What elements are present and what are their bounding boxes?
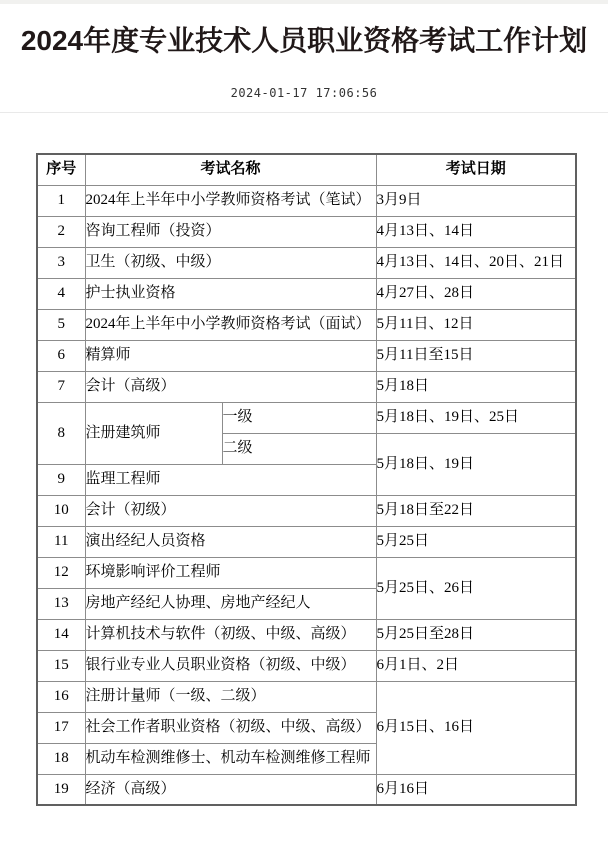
row-index-cell: 16 xyxy=(37,681,85,712)
row-index-cell: 6 xyxy=(37,340,85,371)
header-exam-name: 考试名称 xyxy=(85,154,376,185)
exam-date-cell: 5月18日、19日、25日 xyxy=(376,402,576,433)
table-row: 5 2024年上半年中小学教师资格考试（面试） 5月11日、12日 xyxy=(37,309,576,340)
section-divider xyxy=(0,112,608,113)
exam-date-cell: 4月13日、14日、20日、21日 xyxy=(376,247,576,278)
exam-name-cell: 演出经纪人员资格 xyxy=(85,526,376,557)
row-index-cell: 3 xyxy=(37,247,85,278)
exam-name-cell: 2024年上半年中小学教师资格考试（面试） xyxy=(85,309,376,340)
top-strip xyxy=(0,0,608,4)
exam-name-cell: 注册建筑师 xyxy=(85,402,222,464)
row-index-cell: 7 xyxy=(37,371,85,402)
document-page: 2024年度专业技术人员职业资格考试工作计划 2024-01-17 17:06:… xyxy=(0,0,608,806)
row-index-cell: 1 xyxy=(37,185,85,216)
table-row: 1 2024年上半年中小学教师资格考试（笔试） 3月9日 xyxy=(37,185,576,216)
exam-date-cell: 4月13日、14日 xyxy=(376,216,576,247)
table-row: 6 精算师 5月11日至15日 xyxy=(37,340,576,371)
exam-date-cell: 3月9日 xyxy=(376,185,576,216)
exam-date-cell: 5月25日 xyxy=(376,526,576,557)
exam-date-cell: 6月15日、16日 xyxy=(376,681,576,774)
row-index-cell: 13 xyxy=(37,588,85,619)
exam-name-cell: 护士执业资格 xyxy=(85,278,376,309)
exam-name-cell: 咨询工程师（投资） xyxy=(85,216,376,247)
table-row: 14 计算机技术与软件（初级、中级、高级） 5月25日至28日 xyxy=(37,619,576,650)
table-row: 12 环境影响评价工程师 5月25日、26日 xyxy=(37,557,576,588)
exam-name-cell: 精算师 xyxy=(85,340,376,371)
table-row: 2 咨询工程师（投资） 4月13日、14日 xyxy=(37,216,576,247)
exam-date-cell: 5月11日至15日 xyxy=(376,340,576,371)
table-row: 4 护士执业资格 4月27日、28日 xyxy=(37,278,576,309)
exam-date-cell: 4月27日、28日 xyxy=(376,278,576,309)
table-header-row: 序号 考试名称 考试日期 xyxy=(37,154,576,185)
row-index-cell: 11 xyxy=(37,526,85,557)
exam-name-cell: 注册计量师（一级、二级） xyxy=(85,681,376,712)
exam-name-cell: 计算机技术与软件（初级、中级、高级） xyxy=(85,619,376,650)
table-row: 7 会计（高级） 5月18日 xyxy=(37,371,576,402)
exam-date-cell: 5月11日、12日 xyxy=(376,309,576,340)
exam-name-cell: 监理工程师 xyxy=(85,464,376,495)
table-row: 8 注册建筑师 一级 5月18日、19日、25日 xyxy=(37,402,576,433)
row-index-cell: 10 xyxy=(37,495,85,526)
row-index-cell: 4 xyxy=(37,278,85,309)
exam-name-cell: 机动车检测维修士、机动车检测维修工程师 xyxy=(85,743,376,774)
exam-level-cell: 二级 xyxy=(222,433,376,464)
exam-date-cell: 5月25日至28日 xyxy=(376,619,576,650)
exam-date-cell: 6月16日 xyxy=(376,774,576,805)
page-title: 2024年度专业技术人员职业资格考试工作计划 xyxy=(16,24,592,58)
table-row: 3 卫生（初级、中级） 4月13日、14日、20日、21日 xyxy=(37,247,576,278)
row-index-cell: 14 xyxy=(37,619,85,650)
exam-name-cell: 会计（初级） xyxy=(85,495,376,526)
exam-name-cell: 银行业专业人员职业资格（初级、中级） xyxy=(85,650,376,681)
exam-schedule-table: 序号 考试名称 考试日期 1 2024年上半年中小学教师资格考试（笔试） 3月9… xyxy=(36,153,577,806)
row-index-cell: 17 xyxy=(37,712,85,743)
header-index: 序号 xyxy=(37,154,85,185)
row-index-cell: 15 xyxy=(37,650,85,681)
table-row: 19 经济（高级） 6月16日 xyxy=(37,774,576,805)
publish-timestamp: 2024-01-17 17:06:56 xyxy=(0,86,608,100)
row-index-cell: 18 xyxy=(37,743,85,774)
exam-name-cell: 环境影响评价工程师 xyxy=(85,557,376,588)
table-row: 10 会计（初级） 5月18日至22日 xyxy=(37,495,576,526)
exam-date-cell: 5月18日、19日 xyxy=(376,433,576,495)
row-index-cell: 9 xyxy=(37,464,85,495)
exam-date-cell: 6月1日、2日 xyxy=(376,650,576,681)
exam-name-cell: 2024年上半年中小学教师资格考试（笔试） xyxy=(85,185,376,216)
header-exam-date: 考试日期 xyxy=(376,154,576,185)
exam-name-cell: 社会工作者职业资格（初级、中级、高级） xyxy=(85,712,376,743)
exam-name-cell: 会计（高级） xyxy=(85,371,376,402)
exam-date-cell: 5月25日、26日 xyxy=(376,557,576,619)
row-index-cell: 8 xyxy=(37,402,85,464)
row-index-cell: 19 xyxy=(37,774,85,805)
table-row: 11 演出经纪人员资格 5月25日 xyxy=(37,526,576,557)
row-index-cell: 12 xyxy=(37,557,85,588)
exam-date-cell: 5月18日至22日 xyxy=(376,495,576,526)
exam-name-cell: 经济（高级） xyxy=(85,774,376,805)
table-row: 16 注册计量师（一级、二级） 6月15日、16日 xyxy=(37,681,576,712)
exam-date-cell: 5月18日 xyxy=(376,371,576,402)
row-index-cell: 5 xyxy=(37,309,85,340)
exam-level-cell: 一级 xyxy=(222,402,376,433)
row-index-cell: 2 xyxy=(37,216,85,247)
exam-name-cell: 房地产经纪人协理、房地产经纪人 xyxy=(85,588,376,619)
exam-name-cell: 卫生（初级、中级） xyxy=(85,247,376,278)
table-row: 15 银行业专业人员职业资格（初级、中级） 6月1日、2日 xyxy=(37,650,576,681)
